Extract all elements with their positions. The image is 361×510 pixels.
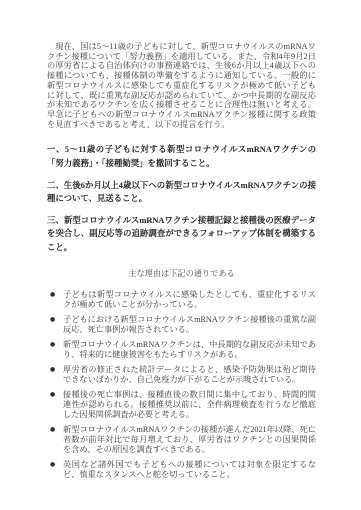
bullet-icon: ● [50,341,55,349]
reasons-heading: 主な理由は下記の通りである [47,269,316,279]
reason-text: 子どもにおける新型コロナウイルスmRNAワクチン接種後の重篤な副反応、死亡事例が… [63,315,316,334]
reason-item: ● 新型コロナウイルスmRNAワクチンの接種が進んだ2021年以降、死亡者数が前… [47,425,316,455]
reason-item: ● 英国など諸外国でも子どもへの接種については対象を限定するなど、慎重なスタンス… [47,460,316,480]
reason-item: ● 子どもは新型コロナウイルスに感染したとしても、重症化するリスクが極めて低いこ… [47,290,316,310]
demand-item-2: 二、生後6か月以上4歳以下への新型コロナウイルスmRNAワクチンの接種について、… [47,179,316,205]
reason-item: ● 子どもにおける新型コロナウイルスmRNAワクチン接種後の重篤な副反応、死亡事… [47,315,316,335]
reason-item: ● 接種後の死亡事例は、接種直後の数日間に集中しており、時間的関連性が認められる… [47,390,316,420]
reasons-list: ● 子どもは新型コロナウイルスに感染したとしても、重症化するリスクが極めて低いこ… [47,290,316,480]
reason-item: ● 新型コロナウイルスmRNAワクチンは、中長期的な副反応が未知であり、将来的に… [47,340,316,360]
reason-text: 新型コロナウイルスmRNAワクチンの接種が進んだ2021年以降、死亡者数が前年対… [63,425,316,454]
demand-item-3: 三、新型コロナウイルスmRNAワクチン接種記録と接種後の医療データを突合し、副反… [47,214,316,254]
bullet-icon: ● [50,391,55,399]
demand-item-1: 一、5～11歳の子どもに対する新型コロナウイルスmRNAワクチンの「努力義務」・… [47,143,316,169]
intro-paragraph: 現在、国は5～11歳の子どもに対して、新型コロナウイルスのmRNAワクチン接種に… [47,42,316,129]
bullet-icon: ● [50,366,55,374]
bullet-icon: ● [50,426,55,434]
reason-text: 子どもは新型コロナウイルスに感染したとしても、重症化するリスクが極めて低いことが… [63,290,316,309]
reason-text: 英国など諸外国でも子どもへの接種については対象を限定するなど、慎重なスタンスへと… [63,460,316,479]
reason-text: 新型コロナウイルスmRNAワクチンは、中長期的な副反応が未知であり、将来的に健康… [63,340,316,359]
reason-text: 接種後の死亡事例は、接種直後の数日間に集中しており、時間的関連性が認められる。接… [63,390,316,419]
bullet-icon: ● [50,316,55,324]
bullet-icon: ● [50,461,55,469]
bullet-icon: ● [50,291,55,299]
reason-text: 厚労省の修正された統計データによると、感染予防効果は殆ど期待できないばかりか、自… [63,365,316,384]
document-page: 現在、国は5～11歳の子どもに対して、新型コロナウイルスのmRNAワクチン接種に… [0,0,361,510]
reason-item: ● 厚労省の修正された統計データによると、感染予防効果は殆ど期待できないばかりか… [47,365,316,385]
